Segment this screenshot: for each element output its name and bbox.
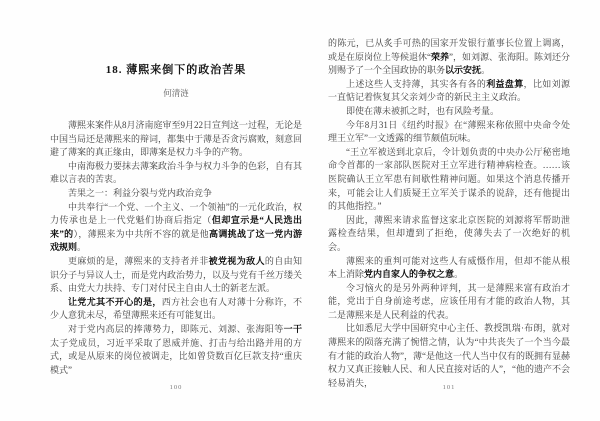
page-right: 的陈元，已从炙手可热的国家开发银行董事长位置上调离，或是在原岗位上等候退休“荣养… [328, 0, 570, 421]
paragraph: 薄熙来的重判可能对这些人有威慑作用，但却不能从根本上消除党内自家人的争权之意。 [328, 255, 570, 282]
paragraph: 比如悉尼大学中国研究中心主任、教授凯瑞·布朗，就对薄熙来的陨落充满了惋惜之情，认… [328, 322, 570, 390]
paragraph: 对于党内高层的捧薄势力，即陈元、刘源、张海阳等一干太子党成员，习近平采取了恩威并… [50, 323, 302, 377]
page-left: 18. 薄熙来倒下的政治苦果 何清涟 薄熙来案件从8月济南庭审至9月22日宣判这… [50, 0, 302, 421]
paragraph: 今年8月31日《纽约时报》在“薄熙来称依照中央命令处理王立军”一文透露的细节颇值… [328, 119, 570, 146]
paragraph: 中南海极力要抹去薄案政治斗争与权力斗争的色彩，自有其难以言表的苦衷。 [50, 160, 302, 187]
paragraph: 苦果之一：利益分裂与党内政治竞争 [50, 187, 302, 201]
paragraph: 中共奉行“一个党、一个主义、一个领袖”的一元化政治，权力传承也是上一代党魁们协商… [50, 201, 302, 255]
page-number-right: 101 [328, 384, 570, 391]
page-body: 薄熙来案件从8月济南庭审至9月22日宣判这一过程，无论是中国当局还是薄熙来的辩词… [50, 119, 302, 377]
paragraph: 即使在薄未被抓之时，也有风险考量。 [328, 105, 570, 119]
paragraph: 的陈元，已从炙手可热的国家开发银行董事长位置上调离，或是在原岗位上等候退休“荣养… [328, 37, 570, 78]
book-spread-scan: 18. 薄熙来倒下的政治苦果 何清涟 薄熙来案件从8月济南庭审至9月22日宣判这… [0, 0, 600, 421]
paragraph: 因此，薄熙来请求监督这家北京医院的刘源将军帮助泄露检查结果，但却遭到了拒绝，使薄… [328, 214, 570, 255]
paragraph: 薄熙来案件从8月济南庭审至9月22日宣判这一过程，无论是中国当局还是薄熙来的辩词… [50, 119, 302, 160]
page-body: 的陈元，已从炙手可热的国家开发银行董事长位置上调离，或是在原岗位上等候退休“荣养… [328, 37, 570, 390]
paragraph: 让党尤其不开心的是，西方社会也有人对薄十分称许，不少人意犹未尽，希望薄熙来还有可… [50, 296, 302, 323]
author-name: 何清涟 [50, 87, 302, 99]
paragraph: 上述这些人支持薄，其实各有各的利益盘算，比如刘源一直惦记着恢复其父亲刘少奇的新民… [328, 78, 570, 105]
paragraph: 更麻烦的是，薄熙来的支持者并非被党视为敌人的自由知识分子与异议人士，而是党内政治… [50, 255, 302, 296]
paragraph: “王立军被送到北京后，令计划负责的中央办公厅秘密地命令首都的一家部队医院对王立军… [328, 146, 570, 214]
page-number-left: 100 [50, 384, 302, 391]
chapter-title: 18. 薄熙来倒下的政治苦果 [50, 61, 302, 77]
paragraph: 令习恼火的是另外两种评判，其一是薄熙来富有政治才能，党出于自身前途考虑，应该任用… [328, 282, 570, 323]
